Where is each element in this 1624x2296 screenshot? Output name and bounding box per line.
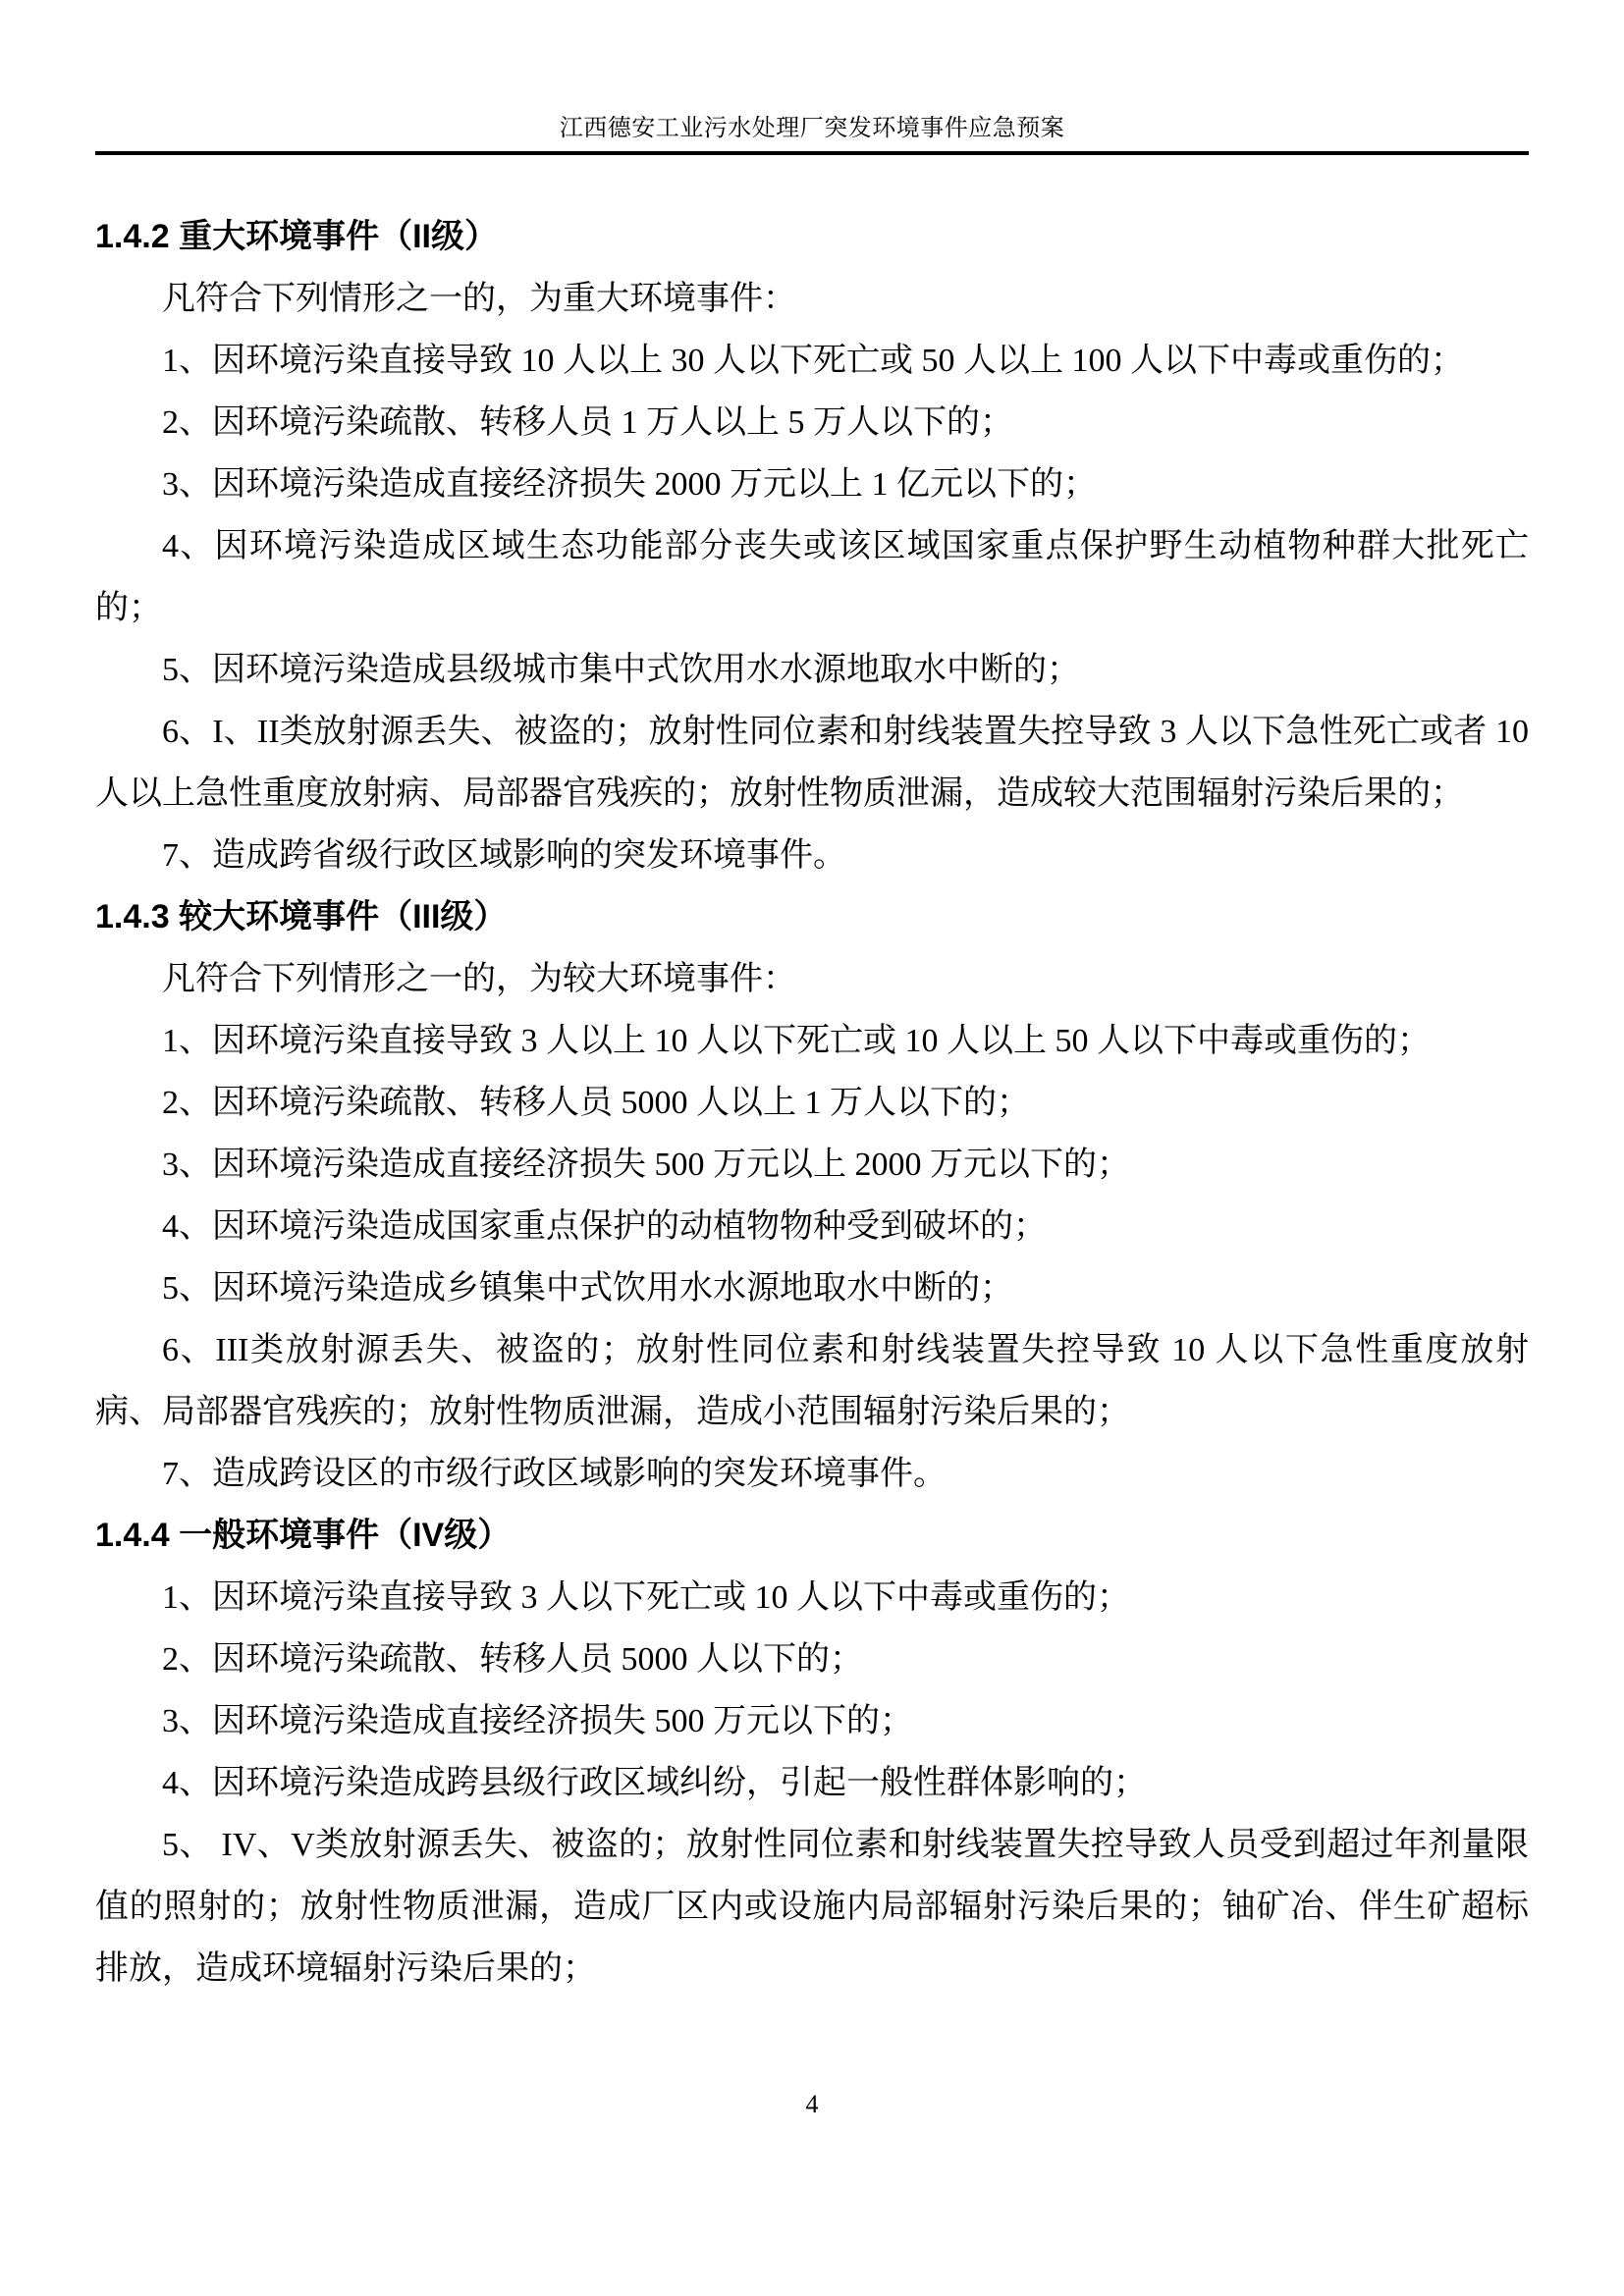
- list-item: 4、因环境污染造成区域生态功能部分丧失或该区域国家重点保护野生动植物种群大批死亡…: [95, 515, 1529, 639]
- page-footer: 4: [0, 2089, 1624, 2120]
- section-intro: 凡符合下列情形之一的，为较大环境事件：: [95, 948, 1529, 1010]
- list-item: 1、因环境污染直接导致 10 人以上 30 人以下死亡或 50 人以上 100 …: [95, 330, 1529, 392]
- list-item: 2、因环境污染疏散、转移人员 5000 人以上 1 万人以下的；: [95, 1072, 1529, 1134]
- list-item: 1、因环境污染直接导致 3 人以下死亡或 10 人以下中毒或重伤的；: [95, 1567, 1529, 1629]
- list-item: 4、因环境污染造成跨县级行政区域纠纷，引起一般性群体影响的；: [95, 1752, 1529, 1814]
- list-item: 2、因环境污染疏散、转移人员 1 万人以上 5 万人以下的；: [95, 392, 1529, 454]
- running-header: 江西德安工业污水处理厂突发环境事件应急预案: [95, 0, 1529, 155]
- section-heading-major-event: 1.4.2 重大环境事件（II级）: [95, 206, 1529, 268]
- section-intro: 凡符合下列情形之一的，为重大环境事件：: [95, 268, 1529, 330]
- list-item: 3、因环境污染造成直接经济损失 500 万元以上 2000 万元以下的；: [95, 1134, 1529, 1196]
- list-item: 5、因环境污染造成县级城市集中式饮用水水源地取水中断的；: [95, 639, 1529, 701]
- list-item: 4、因环境污染造成国家重点保护的动植物物种受到破坏的；: [95, 1196, 1529, 1257]
- list-item: 7、造成跨省级行政区域影响的突发环境事件。: [95, 825, 1529, 886]
- list-item: 7、造成跨设区的市级行政区域影响的突发环境事件。: [95, 1443, 1529, 1505]
- page-number: 4: [806, 2090, 819, 2118]
- list-item: 6、III类放射源丢失、被盗的；放射性同位素和射线装置失控导致 10 人以下急性…: [95, 1319, 1529, 1443]
- list-item: 2、因环境污染疏散、转移人员 5000 人以下的；: [95, 1629, 1529, 1690]
- list-item: 5、 IV、V类放射源丢失、被盗的；放射性同位素和射线装置失控导致人员受到超过年…: [95, 1814, 1529, 2000]
- list-item: 1、因环境污染直接导致 3 人以上 10 人以下死亡或 10 人以上 50 人以…: [95, 1010, 1529, 1072]
- list-item: 3、因环境污染造成直接经济损失 500 万元以下的；: [95, 1690, 1529, 1752]
- document-page: 江西德安工业污水处理厂突发环境事件应急预案 1.4.2 重大环境事件（II级） …: [0, 0, 1624, 2296]
- section-heading-general-event: 1.4.4 一般环境事件（IV级）: [95, 1505, 1529, 1567]
- document-body: 1.4.2 重大环境事件（II级） 凡符合下列情形之一的，为重大环境事件： 1、…: [95, 206, 1529, 2000]
- running-header-title: 江西德安工业污水处理厂突发环境事件应急预案: [95, 114, 1529, 143]
- section-heading-large-event: 1.4.3 较大环境事件（III级）: [95, 886, 1529, 948]
- list-item: 6、I、II类放射源丢失、被盗的；放射性同位素和射线装置失控导致 3 人以下急性…: [95, 701, 1529, 825]
- list-item: 5、因环境污染造成乡镇集中式饮用水水源地取水中断的；: [95, 1257, 1529, 1319]
- list-item: 3、因环境污染造成直接经济损失 2000 万元以上 1 亿元以下的；: [95, 454, 1529, 515]
